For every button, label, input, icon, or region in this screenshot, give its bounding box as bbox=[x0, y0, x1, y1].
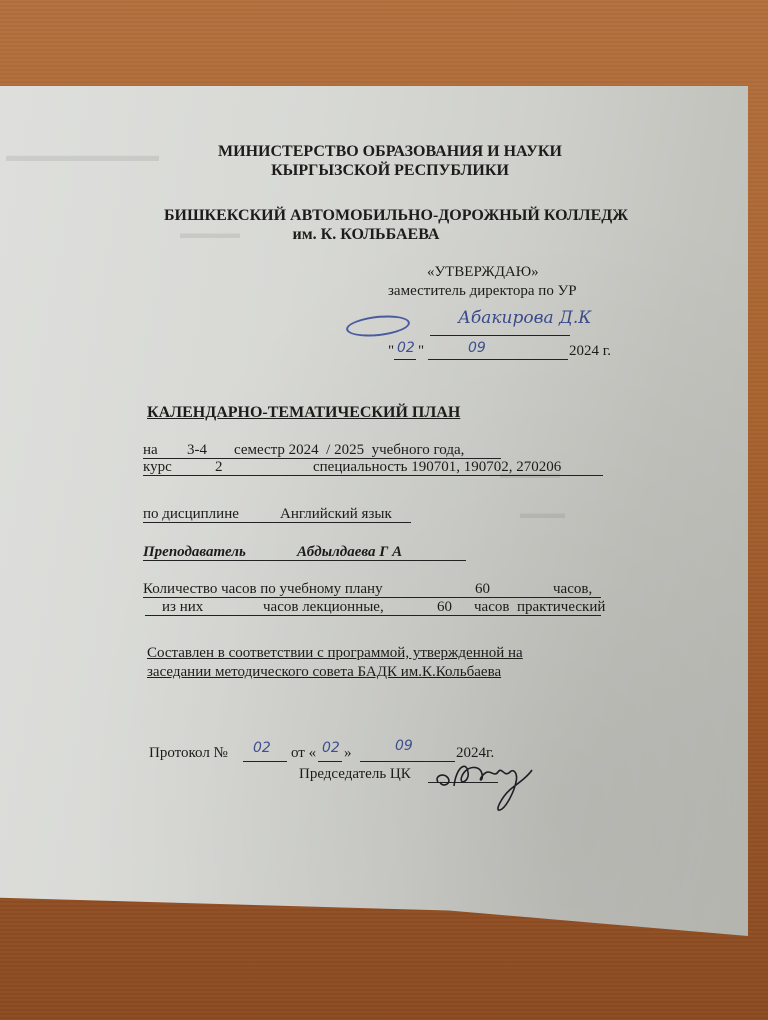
chair-signature bbox=[432, 752, 538, 816]
protocol-close-quote: » bbox=[344, 745, 352, 762]
practical-hours-text: часов практический bbox=[474, 599, 605, 616]
specialty-text: специальность 190701, 190702, 270206 bbox=[313, 459, 561, 476]
college-title-line1: БИШКЕКСКИЙ АВТОМОБИЛЬНО-ДОРОЖНЫЙ КОЛЛЕДЖ bbox=[12, 207, 768, 225]
approval-title: «УТВЕРЖДАЮ» bbox=[427, 264, 539, 281]
ministry-title-line1: МИНИСТЕРСТВО ОБРАЗОВАНИЯ И НАУКИ bbox=[6, 143, 768, 161]
protocol-day: 02 bbox=[322, 740, 340, 756]
approval-signature: Абакирова Д.К bbox=[458, 308, 591, 328]
approval-date-open-quote: " bbox=[388, 343, 394, 360]
lecture-hours-text: часов лекционные, bbox=[263, 599, 384, 616]
practical-hours-value: 60 bbox=[437, 599, 452, 616]
protocol-number: 02 bbox=[253, 740, 271, 756]
approval-date-day: 02 bbox=[397, 340, 415, 356]
approval-date-year: 2024 г. bbox=[569, 343, 611, 360]
bleed-through-text: ▬▬▬ bbox=[520, 506, 565, 523]
ministry-title-line2: КЫРГЫЗСКОЙ РЕСПУБЛИКИ bbox=[6, 162, 768, 180]
hours-text: Количество часов по учебному плану bbox=[143, 581, 383, 598]
hours-total: 60 bbox=[475, 581, 490, 598]
semester-text: семестр 2024 / 2025 учебного года, bbox=[234, 442, 464, 459]
protocol-from: от « bbox=[291, 745, 316, 762]
semester-value: 3-4 bbox=[187, 442, 207, 459]
approval-date-month: 09 bbox=[468, 340, 486, 356]
chair-label: Председатель ЦК bbox=[299, 766, 411, 783]
protocol-number-line bbox=[243, 761, 287, 762]
protocol-month: 09 bbox=[395, 738, 413, 754]
date-day-line bbox=[394, 359, 416, 360]
course-prefix: курс bbox=[143, 459, 172, 476]
date-month-line bbox=[428, 359, 568, 360]
protocol-label: Протокол № bbox=[149, 745, 228, 762]
signature-line bbox=[430, 335, 570, 336]
compiled-line-2: заседании методического совета БАДК им.К… bbox=[147, 664, 501, 681]
teacher-label: Преподаватель bbox=[143, 544, 246, 561]
discipline-value: Английский язык bbox=[280, 506, 392, 523]
approval-role: заместитель директора по УР bbox=[388, 283, 577, 300]
hours-suffix: часов, bbox=[553, 581, 592, 598]
teacher-name: Абдылдаева Г А bbox=[297, 544, 402, 561]
compiled-line-1: Составлен в соответствии с программой, у… bbox=[147, 645, 523, 662]
approval-date-close-quote: " bbox=[418, 343, 424, 360]
semester-prefix: на bbox=[143, 442, 158, 459]
protocol-day-line bbox=[318, 761, 342, 762]
discipline-prefix: по дисциплине bbox=[143, 506, 239, 523]
hours-breakdown-prefix: из них bbox=[162, 599, 203, 616]
course-value: 2 bbox=[215, 459, 223, 476]
college-title-line2: им. К. КОЛЬБАЕВА bbox=[0, 226, 750, 244]
plan-title: КАЛЕНДАРНО-ТЕМАТИЧЕСКИЙ ПЛАН bbox=[147, 404, 460, 421]
